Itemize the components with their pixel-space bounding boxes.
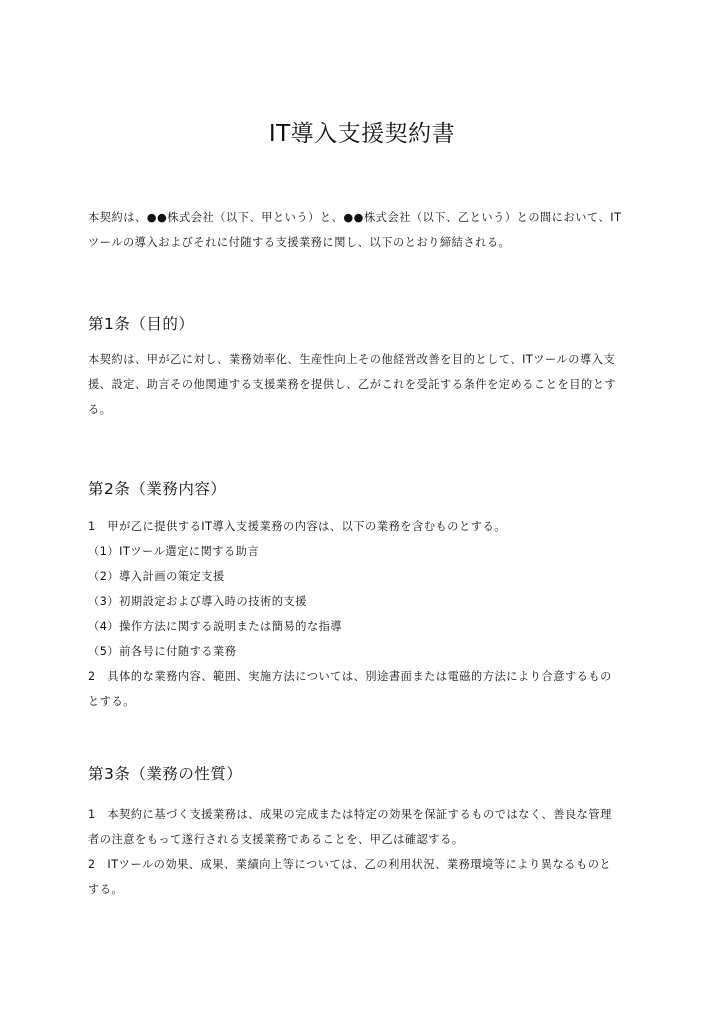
article-2-body: 1 甲が乙に提供するIT導入支援業務の内容は、以下の業務を含むものとする。 （1… [88,514,648,714]
article-line: 2 ITツールの効果、成果、業績向上等については、乙の利用状況、業務環境等により… [88,852,648,877]
article-2-heading: 第2条（業務内容） [88,478,226,500]
document-title: IT導入支援契約書 [0,117,724,151]
document-page: IT導入支援契約書 本契約は、●●株式会社（以下、甲という）と、●●株式会社（以… [0,0,724,1024]
article-list-item: （5）前各号に付随する業務 [88,639,648,664]
article-list-item: （2）導入計画の策定支援 [88,564,648,589]
preamble: 本契約は、●●株式会社（以下、甲という）と、●●株式会社（以下、乙という）との間… [88,205,648,255]
article-3-body: 1 本契約に基づく支援業務は、成果の完成または特定の効果を保証するものではなく、… [88,802,648,902]
article-line: 援、設定、助言その他関連する支援業務を提供し、乙がこれを受託する条件を定めること… [88,372,648,397]
article-list-item: （1）ITツール選定に関する助言 [88,539,648,564]
article-line: 1 本契約に基づく支援業務は、成果の完成または特定の効果を保証するものではなく、… [88,802,648,827]
article-3-heading: 第3条（業務の性質） [88,763,242,785]
article-line: 者の注意をもって遂行される支援業務であることを、甲乙は確認する。 [88,827,648,852]
article-line: とする。 [88,689,648,714]
article-line: 1 甲が乙に提供するIT導入支援業務の内容は、以下の業務を含むものとする。 [88,514,648,539]
article-1-body: 本契約は、甲が乙に対し、業務効率化、生産性向上その他経営改善を目的として、ITツ… [88,347,648,422]
article-line: 本契約は、甲が乙に対し、業務効率化、生産性向上その他経営改善を目的として、ITツ… [88,347,648,372]
article-1-heading: 第1条（目的） [88,313,194,335]
preamble-line: 本契約は、●●株式会社（以下、甲という）と、●●株式会社（以下、乙という）との間… [88,205,648,230]
article-line: る。 [88,397,648,422]
article-line: 2 具体的な業務内容、範囲、実施方法については、別途書面または電磁的方法により合… [88,664,648,689]
article-list-item: （4）操作方法に関する説明または簡易的な指導 [88,614,648,639]
preamble-line: ツールの導入およびそれに付随する支援業務に関し、以下のとおり締結される。 [88,230,648,255]
article-list-item: （3）初期設定および導入時の技術的支援 [88,589,648,614]
article-line: する。 [88,877,648,902]
